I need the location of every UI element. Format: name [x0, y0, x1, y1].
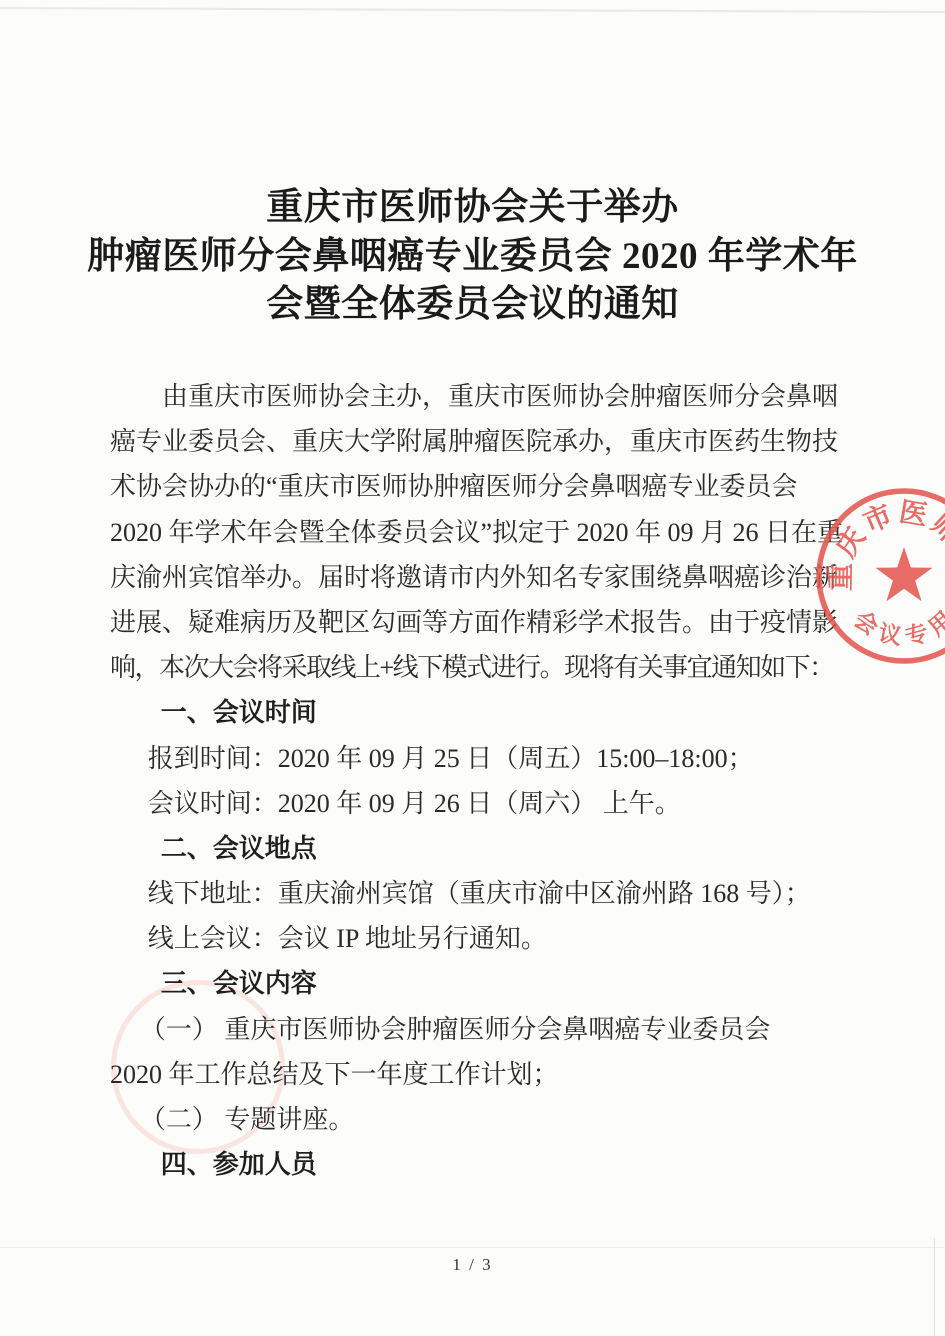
body-line: 线下地址：重庆渝州宾馆（重庆市渝中区渝州路 168 号）；: [110, 871, 836, 916]
body-line: 由重庆市医师协会主办，重庆市医师协会肿瘤医师分会鼻咽: [110, 374, 836, 419]
title-line: 会暨全体委员会议的通知: [60, 281, 885, 330]
body-line: 会议时间：2020 年 09 月 26 日（周六） 上午。: [110, 781, 836, 826]
body-line: 报到时间：2020 年 09 月 25 日（周五）15:00–18:00；: [110, 736, 836, 781]
body-line: 癌专业委员会、重庆大学附属肿瘤医院承办，重庆市医药生物技: [110, 419, 836, 464]
star-icon: [876, 547, 933, 601]
body-line: 进展、疑难病历及靶区勾画等方面作精彩学术报告。由于疫情影: [110, 600, 836, 645]
scan-artifact-edge: [934, 1238, 935, 1336]
section-heading: 一、会议时间: [110, 690, 836, 735]
body-line: （二） 专题讲座。: [110, 1097, 836, 1142]
title-line: 肿瘤医师分会鼻咽癌专业委员会 2020 年学术年: [60, 233, 885, 282]
section-heading: 三、会议内容: [110, 961, 836, 1006]
document-page: 重庆市医师协会关于举办肿瘤医师分会鼻咽癌专业委员会 2020 年学术年会暨全体委…: [0, 0, 945, 1336]
body-line: 庆渝州宾馆举办。届时将邀请市内外知名专家围绕鼻咽癌诊治新: [110, 555, 836, 600]
scan-paper-edge: [0, 7, 945, 13]
body-line: 线上会议：会议 IP 地址另行通知。: [110, 916, 836, 961]
official-seal: 重庆市医师 会议专用: [804, 476, 945, 676]
body-line: 术协会协办的“重庆市医师协肿瘤医师分会鼻咽癌专业委员会: [110, 464, 836, 509]
body-line: 2020 年工作总结及下一年度工作计划；: [110, 1052, 836, 1097]
title-line: 重庆市医师协会关于举办: [60, 184, 885, 233]
scan-artifact-line: [0, 1247, 945, 1248]
body-line: 2020 年学术年会暨全体委员会议”拟定于 2020 年 09 月 26 日在重: [110, 510, 836, 555]
body-line: （一） 重庆市医师协会肿瘤医师分会鼻咽癌专业委员会: [110, 1007, 836, 1052]
section-heading: 四、参加人员: [110, 1142, 836, 1187]
body-line: 响，本次大会将采取线上+线下模式进行。现将有关事宜通知如下：: [110, 645, 836, 690]
page-number: 1 / 3: [0, 1255, 945, 1275]
document-title: 重庆市医师协会关于举办肿瘤医师分会鼻咽癌专业委员会 2020 年学术年会暨全体委…: [60, 184, 885, 330]
document-body: 由重庆市医师协会主办，重庆市医师协会肿瘤医师分会鼻咽癌专业委员会、重庆大学附属肿…: [110, 374, 836, 1187]
seal-bottom-label: 会议专用: [850, 602, 945, 651]
section-heading: 二、会议地点: [110, 826, 836, 871]
seal-arc-label: 重庆市医师: [825, 496, 945, 591]
